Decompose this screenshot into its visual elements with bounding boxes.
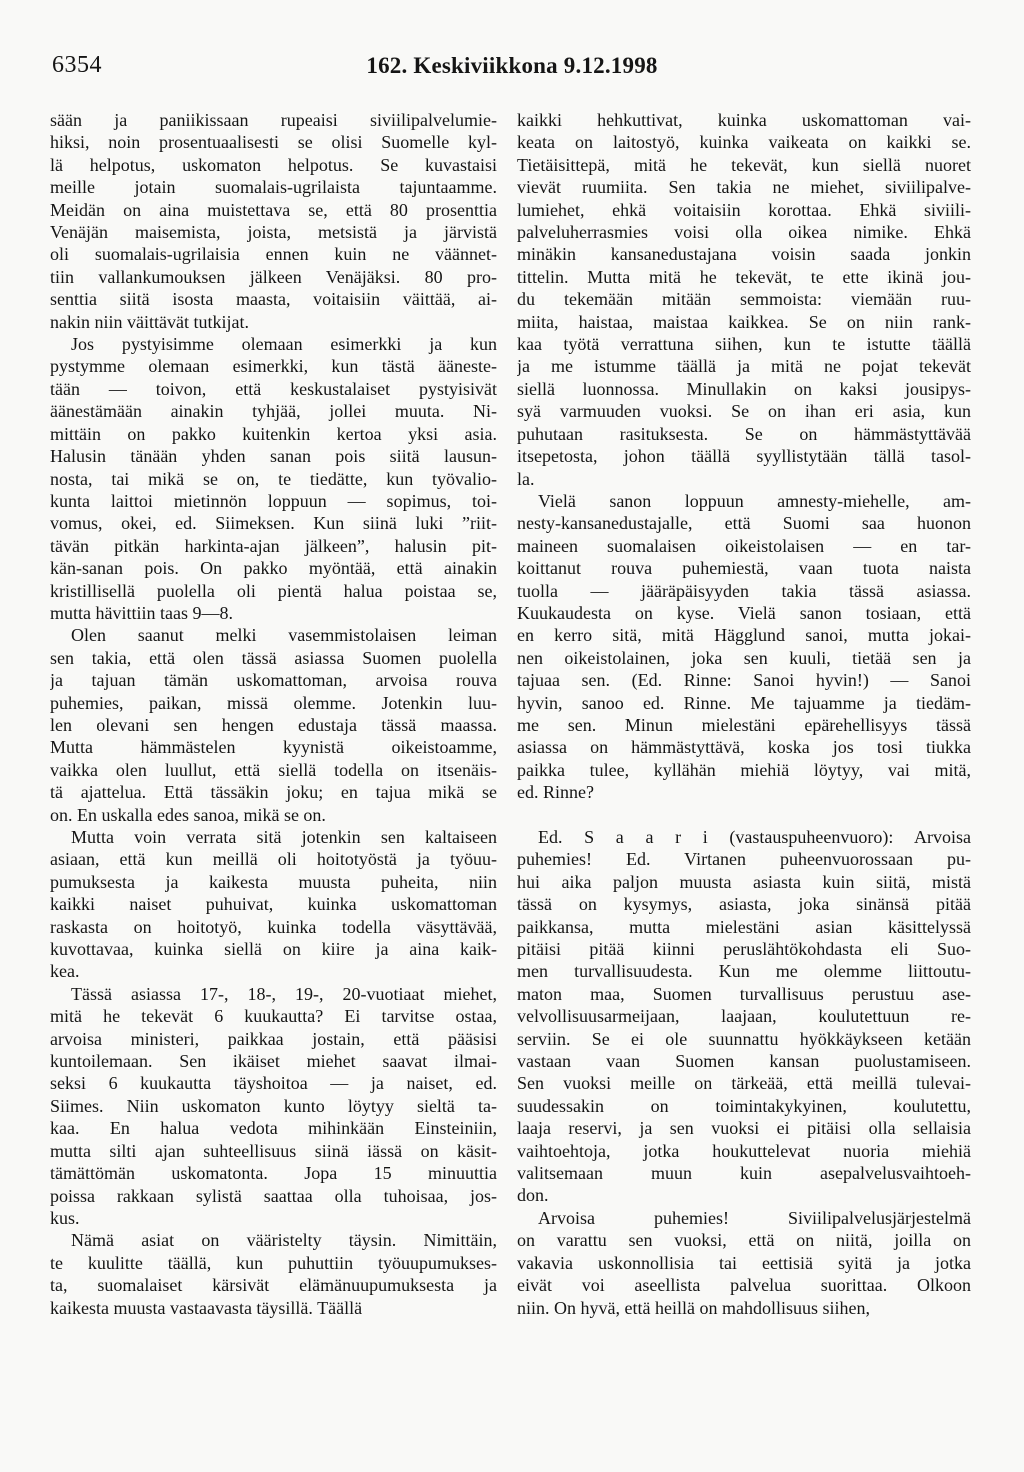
paragraph: Jos pystyisimme olemaan esimerkki ja kun… <box>50 333 497 624</box>
paragraph: sään ja paniikissaan rupeaisi siviilipal… <box>50 109 497 333</box>
text-line: syä varmuuden vuoksi. Se on ihan eri asi… <box>517 400 971 422</box>
text-line: ed. Rinne? <box>517 781 971 803</box>
text-line: la. <box>517 468 971 490</box>
text-line: meille jotain suomalais-ugrilaista tajun… <box>50 176 497 198</box>
text-line: puhemies! Ed. Virtanen puheenvuorossaan … <box>517 848 971 870</box>
text-line: itsepetosta, johon täällä syyllistytään … <box>517 445 971 467</box>
text-line: Ed. S a a r i (vastauspuheenvuoro): Arvo… <box>517 826 971 848</box>
paragraph: Nämä asiat on vääristelty täysin. Nimitt… <box>50 1229 497 1319</box>
text-line: Arvoisa puhemies! Siviilipalvelusjärjest… <box>517 1207 971 1229</box>
text-line: kus. <box>50 1207 497 1229</box>
paragraph: Mutta voin verrata sitä jotenkin sen kal… <box>50 826 497 983</box>
text-line: lumiehet, ehkä voitaisiin korottaa. Ehkä… <box>517 199 971 221</box>
text-line: Sen vuoksi meille on tärkeää, että meill… <box>517 1072 971 1094</box>
text-line: koittanut rouva puhemiestä, vaan tuota n… <box>517 557 971 579</box>
text-line: laaja reservi, ja sen vuoksi ei pitäisi … <box>517 1117 971 1139</box>
text-line: vievät ruumiita. Sen takia ne miehet, si… <box>517 176 971 198</box>
text-line: mutta hävittiin taas 9—8. <box>50 602 497 624</box>
text-line: kea. <box>50 960 497 982</box>
text-line: raskasta on hoitotyö, kuinka todella väs… <box>50 916 497 938</box>
text-line: kuntoilemaan. Sen ikäiset miehet saavat … <box>50 1050 497 1072</box>
text-line: Tietäisittepä, mitä he tekevät, kun siel… <box>517 154 971 176</box>
text-line: en kerro sitä, mitä Hägglund sanoi, mutt… <box>517 624 971 646</box>
text-line: me sen. Minun mielestäni epärehellisyys … <box>517 714 971 736</box>
text-line: lä helpotus, uskomaton helpotus. Se kuva… <box>50 154 497 176</box>
text-line: Kuukaudesta on kyse. Vielä sanon tosiaan… <box>517 602 971 624</box>
text-line: pumuksesta ja kaikesta muusta puheita, n… <box>50 871 497 893</box>
text-line: Vielä sanon loppuun amnesty-miehelle, am… <box>517 490 971 512</box>
text-line: on varattu sen vuoksi, että on niitä, jo… <box>517 1229 971 1251</box>
text-line: nakin niin väittävät tutkijat. <box>50 311 497 333</box>
text-line: tämättömän uskomatonta. Jopa 15 minuutti… <box>50 1162 497 1184</box>
text-line: vastaan vaan Suomen kansan puolustamisee… <box>517 1050 971 1072</box>
text-line: serviin. Se ei ole suunnattu hyökkäyksee… <box>517 1028 971 1050</box>
text-line: tään — toivon, että keskustalaiset pysty… <box>50 378 497 400</box>
column-left: sään ja paniikissaan rupeaisi siviilipal… <box>50 109 497 1319</box>
text-line: miita, haistaa, maistaa kaikkea. Se on n… <box>517 311 971 333</box>
text-line: minäkin kansanedustajana voisin saada jo… <box>517 243 971 265</box>
text-line: vakavia uskonnollisia tai eettisiä syitä… <box>517 1252 971 1274</box>
text-line: oli suomalais-ugrilaisia ennen kuin ne v… <box>50 243 497 265</box>
text-line: te kuulitte täällä, kun puhuttiin työuup… <box>50 1252 497 1274</box>
paragraph: Ed. S a a r i (vastauspuheenvuoro): Arvo… <box>517 826 971 1207</box>
text-line: kaikki hehkuttivat, kuinka uskomattoman … <box>517 109 971 131</box>
text-line: on. En uskalla edes sanoa, mikä se on. <box>50 804 497 826</box>
text-line: Tässä asiassa 17-, 18-, 19-, 20-vuotiaat… <box>50 983 497 1005</box>
text-line: tajuaa sen. (Ed. Rinne: Sanoi hyvin!) — … <box>517 669 971 691</box>
text-line: siellä luonnossa. Minullakin on kaksi jo… <box>517 378 971 400</box>
text-line: Halusin tänään yhden sanan pois siitä la… <box>50 445 497 467</box>
column-right: kaikki hehkuttivat, kuinka uskomattoman … <box>517 109 971 1319</box>
text-line: kaikesta muusta vastaavasta täysillä. Tä… <box>50 1297 497 1319</box>
text-line: valitsemaan muun kuin asepalvelusvaihtoe… <box>517 1162 971 1184</box>
text-line: don. <box>517 1184 971 1206</box>
text-line: nesty-kansanedustajalle, että Suomi saa … <box>517 512 971 534</box>
text-line: niin. On hyvä, että heillä on mahdollisu… <box>517 1297 971 1319</box>
text-line: nosta, tai mikä se on, te tiedätte, kun … <box>50 468 497 490</box>
text-line: puhemies, paikan, missä olemme. Jotenkin… <box>50 692 497 714</box>
text-line: Olen saanut melki vasemmistolaisen leima… <box>50 624 497 646</box>
text-line: men turvallisuudesta. Kun me olemme liit… <box>517 960 971 982</box>
text-line: tävän pitkän harkinta-ajan jälkeen”, hal… <box>50 535 497 557</box>
text-line: seksi 6 kuukautta täyshoitoa — ja naiset… <box>50 1072 497 1094</box>
text-line: kristillisellä puolella oli pientä halua… <box>50 580 497 602</box>
document-page: 6354 162. Keskiviikkona 9.12.1998 sään j… <box>0 0 1024 1472</box>
paragraph: Vielä sanon loppuun amnesty-miehelle, am… <box>517 490 971 804</box>
text-line: Siimes. Niin uskomaton kunto löytyy siel… <box>50 1095 497 1117</box>
text-line: nen oikeistolainen, joka sen kuuli, tiet… <box>517 647 971 669</box>
text-line: senttia siitä isosta maasta, voitaisiin … <box>50 288 497 310</box>
text-line: hiksi, noin prosentuaalisesti se olisi S… <box>50 131 497 153</box>
session-header: 162. Keskiviikkona 9.12.1998 <box>0 53 1024 79</box>
text-line: len olevani sen hengen edustaja tässä ma… <box>50 714 497 736</box>
text-line: velvollisuusarmeijaan, laajaan, koulutet… <box>517 1005 971 1027</box>
text-line: mitä he tekevät 6 kuukautta? Ei tarvitse… <box>50 1005 497 1027</box>
text-line: tuolla — jääräpäisyyden takia tässä asia… <box>517 580 971 602</box>
text-line: mittäin on pakko kuitenkin kertoa yksi a… <box>50 423 497 445</box>
text-line: paikka tulee, kyllähän miehiä löytyy, va… <box>517 759 971 781</box>
text-line: pystymme olemaan esimerkki, kun tästä ää… <box>50 355 497 377</box>
text-line: Nämä asiat on vääristelty täysin. Nimitt… <box>50 1229 497 1251</box>
text-line: kunta laittoi mietinnön loppuun — sopimu… <box>50 490 497 512</box>
text-line: vomus, okei, ed. Siimeksen. Kun siinä lu… <box>50 512 497 534</box>
text-line: äänestämään ainakin tyhjää, jollei muuta… <box>50 400 497 422</box>
text-line: sen takia, että olen tässä asiassa Suome… <box>50 647 497 669</box>
paragraph: kaikki hehkuttivat, kuinka uskomattoman … <box>517 109 971 490</box>
text-line: du tekemään mitään semmoista: viemään ru… <box>517 288 971 310</box>
paragraph: Arvoisa puhemies! Siviilipalvelusjärjest… <box>517 1207 971 1319</box>
text-line: mutta silti ajan suhteellisuus siinä iäs… <box>50 1140 497 1162</box>
text-line: ta, suomalaiset kärsivät elämänuupumukse… <box>50 1274 497 1296</box>
text-line: asiaan, että kun meillä oli hoitotyöstä … <box>50 848 497 870</box>
text-line: kaa työtä verrattuna siihen, kun te istu… <box>517 333 971 355</box>
text-line: Mutta voin verrata sitä jotenkin sen kal… <box>50 826 497 848</box>
text-line: ja me istumme täällä ja mitä ne pojat te… <box>517 355 971 377</box>
text-line: pitäisi pitää kiinni peruslähtökohdasta … <box>517 938 971 960</box>
text-line: hui aika paljon muusta asiasta kuin siit… <box>517 871 971 893</box>
text-line: kän-sanan pois. On pakko myöntää, että a… <box>50 557 497 579</box>
paragraph: Tässä asiassa 17-, 18-, 19-, 20-vuotiaat… <box>50 983 497 1229</box>
text-line: poissa rakkaan sylistä saattaa olla tuho… <box>50 1185 497 1207</box>
text-line: palveluherrasmies voisi olla oikea nimik… <box>517 221 971 243</box>
text-line: tittelin. Mutta mitä he tekevät, te ette… <box>517 266 971 288</box>
text-line: vaihtoehtoja, jotka houkuttelevat nuoria… <box>517 1140 971 1162</box>
text-line: paikkansa, mutta mielestäni asian käsitt… <box>517 916 971 938</box>
text-line: sään ja paniikissaan rupeaisi siviilipal… <box>50 109 497 131</box>
text-line: arvoisa ministeri, paikkaa jostain, että… <box>50 1028 497 1050</box>
text-line: tiin vallankumouksen jälkeen Venäjäksi. … <box>50 266 497 288</box>
text-line: tä ajattelua. Että tässäkin joku; en taj… <box>50 781 497 803</box>
text-line: asiassa on hämmästyttävä, koska jos tosi… <box>517 736 971 758</box>
text-line: vaikka olen luullut, että siellä todella… <box>50 759 497 781</box>
text-line: maton maa, Suomen turvallisuus perustuu … <box>517 983 971 1005</box>
text-line: hyvin, sanoo ed. Rinne. Me tajuamme ja t… <box>517 692 971 714</box>
text-line: maineen suomalaisen oikeistolaisen — en … <box>517 535 971 557</box>
text-line: kaikki naiset puhuivat, kuinka uskomatto… <box>50 893 497 915</box>
text-line: eivät voi aseellista palvelua suorittaa.… <box>517 1274 971 1296</box>
text-line: puhutaan rasituksesta. Se on hämmästyttä… <box>517 423 971 445</box>
text-line: keata on laitostyö, kuinka vaikeata on k… <box>517 131 971 153</box>
text-line: Mutta hämmästelen kyynistä oikeistoamme, <box>50 736 497 758</box>
text-line: kuvottavaa, kuinka siellä on kiire ja ai… <box>50 938 497 960</box>
paragraph: Olen saanut melki vasemmistolaisen leima… <box>50 624 497 826</box>
text-line: Meidän on aina muistettava se, että 80 p… <box>50 199 497 221</box>
text-line: tässä on kysymys, asiasta, joka sinänsä … <box>517 893 971 915</box>
text-line: kaa. En halua vedota mihinkään Einsteini… <box>50 1117 497 1139</box>
text-line: suudessakin on toimintakykyinen, koulute… <box>517 1095 971 1117</box>
text-line: ja tajuan tämän uskomattoman, arvoisa ro… <box>50 669 497 691</box>
text-line: Venäjän maisemista, joista, metsistä ja … <box>50 221 497 243</box>
text-line: Jos pystyisimme olemaan esimerkki ja kun <box>50 333 497 355</box>
